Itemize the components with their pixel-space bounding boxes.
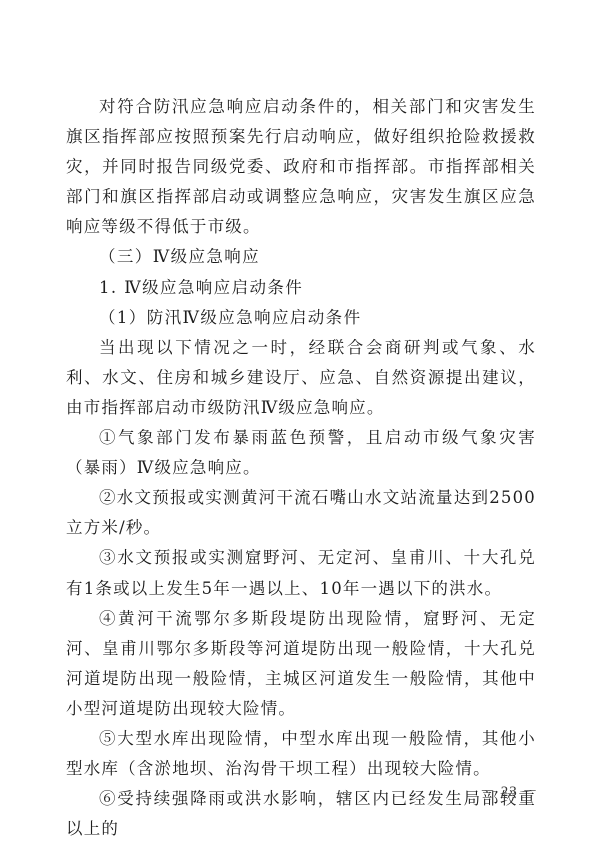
condition-item-6: ⑥受持续强降雨或洪水影响，辖区内已经发生局部较重以上的 [66, 784, 536, 844]
condition-item-1: ①气象部门发布暴雨蓝色预警，且启动市级气象灾害（暴雨）Ⅳ级应急响应。 [66, 423, 536, 483]
document-page: 对符合防汛应急响应启动条件的，相关部门和灾害发生旗区指挥部应按照预案先行启动响应… [66, 92, 536, 844]
condition-item-5: ⑤大型水库出现险情，中型水库出现一般险情，其他小型水库（含淤地坝、治沟骨干坝工程… [66, 724, 536, 784]
condition-item-2: ②水文预报或实测黄河干流石嘴山水文站流量达到2500立方米/秒。 [66, 483, 536, 543]
section-heading-level-4: （三）Ⅳ级应急响应 [66, 242, 536, 272]
page-number: － 23 － [480, 780, 539, 801]
condition-item-4: ④黄河干流鄂尔多斯段堤防出现险情，窟野河、无定河、皇甫川鄂尔多斯段等河道堤防出现… [66, 604, 536, 724]
paragraph-response-conditions: 对符合防汛应急响应启动条件的，相关部门和灾害发生旗区指挥部应按照预案先行启动响应… [66, 92, 536, 242]
paragraph-intro-conditions: 当出现以下情况之一时，经联合会商研判或气象、水利、水文、住房和城乡建设厅、应急、… [66, 333, 536, 423]
condition-item-3: ③水文预报或实测窟野河、无定河、皇甫川、十大孔兑有1条或以上发生5年一遇以上、1… [66, 543, 536, 603]
subsubsection-heading-flood-conditions: （1）防汛Ⅳ级应急响应启动条件 [66, 303, 536, 333]
subsection-heading-start-conditions: 1. Ⅳ级应急响应启动条件 [66, 273, 536, 303]
